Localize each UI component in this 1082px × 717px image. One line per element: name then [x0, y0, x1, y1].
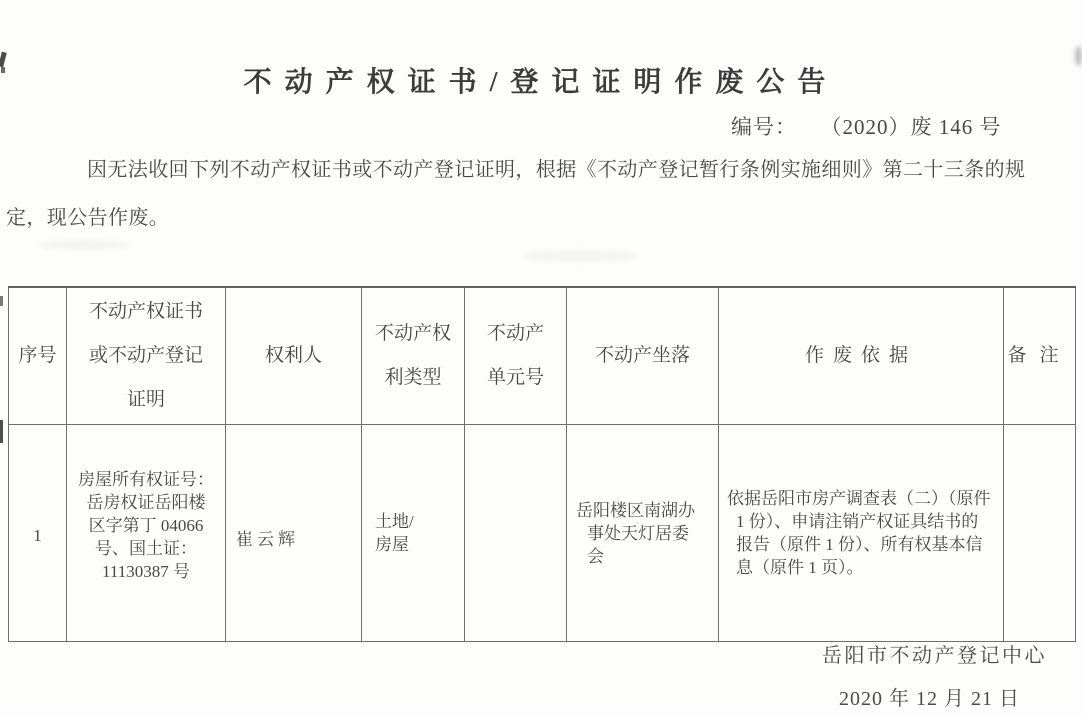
header-cell-basis: 作废依据: [719, 287, 1004, 425]
cell-basis: 依据岳阳市房产调查表（二）（原件 1 份）、申请注销产权证具结书的 报告（原件 …: [719, 425, 1004, 642]
table-row: 1 房屋所有权证号： 岳房权证岳阳楼 区字第丁 04066 号、国土证： 111…: [9, 425, 1076, 642]
table-header-row: 序号 不动产权证书 或不动产登记 证明 权利人 不动产权 利类型 不动产 单元号…: [9, 287, 1076, 425]
scan-smudge: [40, 240, 130, 250]
doc-number-value: （2020）废 146 号: [831, 115, 1002, 139]
scan-speck: [0, 296, 3, 306]
doc-number-label: 编号：: [731, 115, 797, 139]
doc-number: 编号：（2020）废 146 号: [731, 111, 1002, 141]
header-cell-location: 不动产坐落: [567, 287, 719, 425]
invalidation-table: 序号 不动产权证书 或不动产登记 证明 权利人 不动产权 利类型 不动产 单元号…: [8, 286, 1076, 642]
intro-line-1: 因无法收回下列不动产权证书或不动产登记证明，根据《不动产登记暂行条例实施细则》第…: [6, 157, 1078, 183]
intro-line-2: 定，现公告作废。: [6, 205, 1078, 231]
signature-date: 2020 年 12 月 21 日: [839, 682, 1020, 711]
intro-paragraph: 因无法收回下列不动产权证书或不动产登记证明，根据《不动产登记暂行条例实施细则》第…: [6, 157, 1078, 231]
header-cell-holder: 权利人: [226, 287, 362, 425]
cell-unit-no: [465, 425, 567, 642]
cell-holder: 崔云辉: [226, 425, 362, 642]
cell-remark: [1004, 425, 1076, 642]
scan-smudge: [520, 250, 640, 262]
header-cell-seq: 序号: [9, 287, 67, 425]
scan-speck: [0, 420, 3, 443]
page-title: 不动产权证书/登记证明作废公告: [0, 60, 1082, 100]
header-cell-unit-no: 不动产 单元号: [465, 287, 567, 425]
cell-seq: 1: [9, 425, 67, 642]
cell-right-type: 土地/ 房屋: [362, 425, 465, 642]
cell-location: 岳阳楼区南湖办 事处天灯居委 会: [567, 425, 719, 642]
header-cell-right-type: 不动产权 利类型: [362, 287, 465, 425]
header-cell-remark: 备注: [1004, 287, 1076, 425]
scanned-document-page: { "doc": { "title": "不动产权证书/登记证明作废公告", "…: [0, 0, 1082, 717]
header-cell-certificate: 不动产权证书 或不动产登记 证明: [67, 287, 226, 425]
cell-certificate: 房屋所有权证号： 岳房权证岳阳楼 区字第丁 04066 号、国土证： 11130…: [67, 425, 226, 642]
signature-organization: 岳阳市不动产登记中心: [822, 639, 1047, 668]
